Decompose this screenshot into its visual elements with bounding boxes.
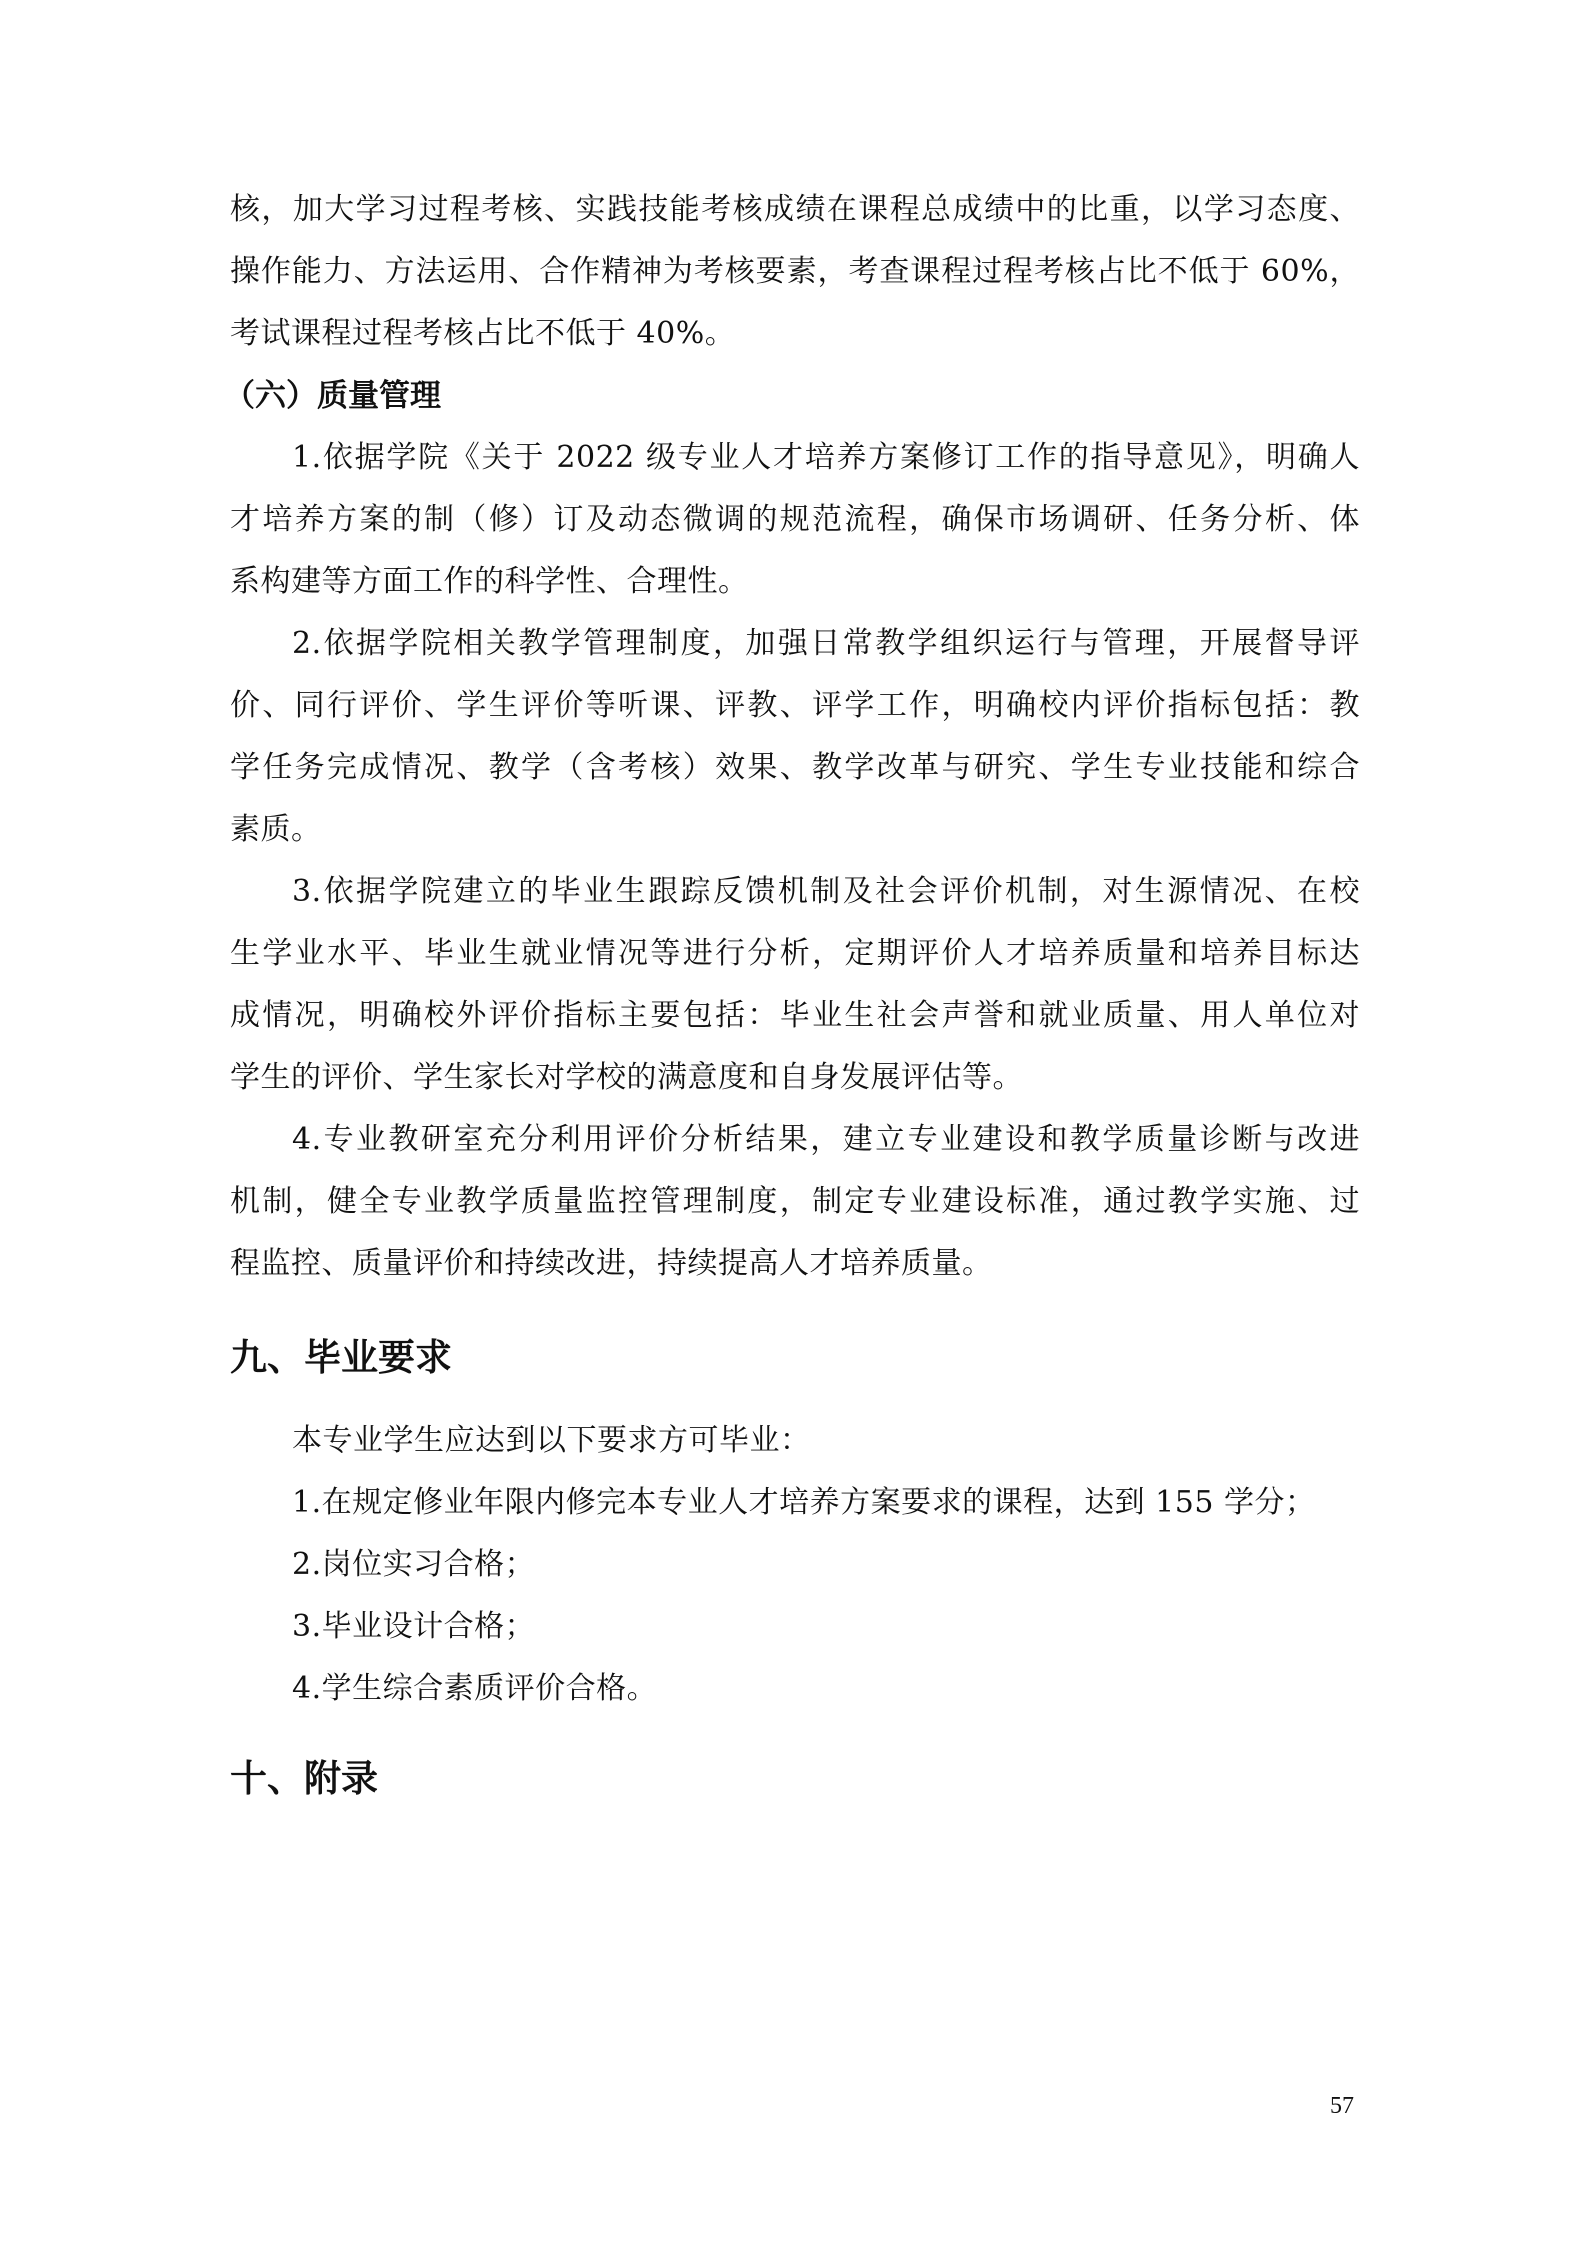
paragraph-line: 系构建等方面工作的科学性、合理性。 xyxy=(230,564,1360,600)
paragraph-line: 核，加大学习过程考核、实践技能考核成绩在课程总成绩中的比重，以学习态度、 xyxy=(230,192,1360,228)
document-page: 核，加大学习过程考核、实践技能考核成绩在课程总成绩中的比重，以学习态度、 操作能… xyxy=(0,0,1587,2245)
paragraph-line: 才培养方案的制（修）订及动态微调的规范流程，确保市场调研、任务分析、体 xyxy=(230,502,1360,538)
paragraph-line: 考试课程过程考核占比不低于 40%。 xyxy=(230,316,1360,352)
paragraph-line: 1.依据学院《关于 2022 级专业人才培养方案修订工作的指导意见》，明确人 xyxy=(292,440,1360,476)
paragraph-line: 3.依据学院建立的毕业生跟踪反馈机制及社会评价机制，对生源情况、在校 xyxy=(292,874,1360,910)
paragraph-line: 2.依据学院相关教学管理制度，加强日常教学组织运行与管理，开展督导评 xyxy=(292,626,1360,662)
paragraph-line: 学任务完成情况、教学（含考核）效果、教学改革与研究、学生专业技能和综合 xyxy=(230,750,1360,786)
paragraph-line: 4.专业教研室充分利用评价分析结果，建立专业建设和教学质量诊断与改进 xyxy=(292,1122,1360,1158)
requirement-item: 4.学生综合素质评价合格。 xyxy=(292,1671,1360,1707)
paragraph-line: 价、同行评价、学生评价等听课、评教、评学工作，明确校内评价指标包括：教 xyxy=(230,688,1360,724)
page-number: 57 xyxy=(1330,2093,1354,2120)
paragraph-line: 本专业学生应达到以下要求方可毕业： xyxy=(292,1423,1360,1459)
paragraph-line: 学生的评价、学生家长对学校的满意度和自身发展评估等。 xyxy=(230,1060,1360,1096)
paragraph-line: 机制，健全专业教学质量监控管理制度，制定专业建设标准，通过教学实施、过 xyxy=(230,1184,1360,1220)
section-heading-quality-management: （六）质量管理 xyxy=(224,378,441,414)
requirement-item: 2.岗位实习合格； xyxy=(292,1547,1360,1583)
requirement-item: 1.在规定修业年限内修完本专业人才培养方案要求的课程，达到 155 学分； xyxy=(292,1485,1360,1521)
paragraph-line: 操作能力、方法运用、合作精神为考核要素，考查课程过程考核占比不低于 60%， xyxy=(230,254,1360,290)
chapter-heading-graduation-requirements: 九、毕业要求 xyxy=(230,1336,452,1380)
chapter-heading-appendix: 十、附录 xyxy=(230,1757,378,1801)
paragraph-line: 素质。 xyxy=(230,812,1360,848)
requirement-item: 3.毕业设计合格； xyxy=(292,1609,1360,1645)
paragraph-line: 程监控、质量评价和持续改进，持续提高人才培养质量。 xyxy=(230,1246,1360,1282)
paragraph-line: 生学业水平、毕业生就业情况等进行分析，定期评价人才培养质量和培养目标达 xyxy=(230,936,1360,972)
paragraph-line: 成情况，明确校外评价指标主要包括：毕业生社会声誉和就业质量、用人单位对 xyxy=(230,998,1360,1034)
